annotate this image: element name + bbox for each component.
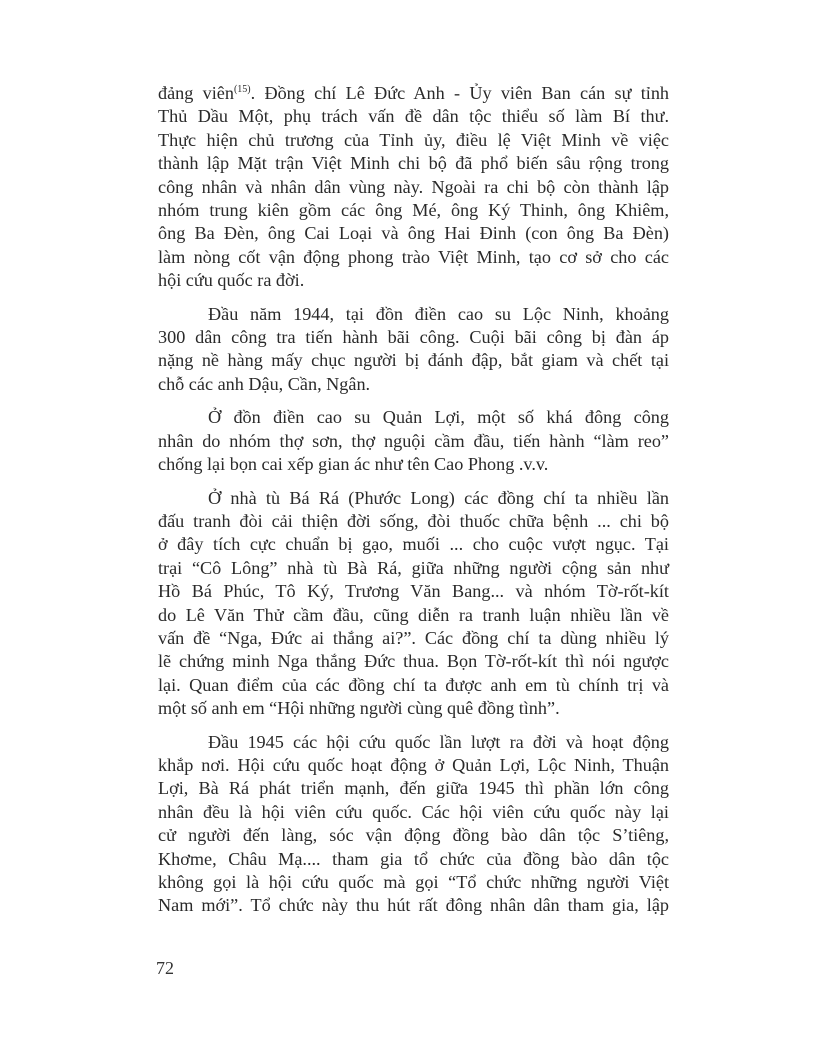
footnote-reference[interactable]: (15) [234, 84, 251, 95]
text-line: một số anh em “Hội những người cùng quê … [158, 697, 669, 720]
text-line: hội cứu quốc ra đời. [158, 269, 669, 292]
text-line: chỗ các anh Dậu, Cần, Ngân. [158, 373, 669, 396]
text-line: 300 dân công tra tiến hành bãi công. Cuộ… [158, 326, 669, 349]
text-line: đấu tranh đòi cải thiện đời sống, đòi th… [158, 510, 669, 533]
text-line: nặng nề hàng mấy chục người bị đánh đập,… [158, 349, 669, 372]
text-line: trại “Cô Lông” nhà tù Bà Rá, giữa những … [158, 557, 669, 580]
text-line: Nam mới”. Tổ chức này thu hút rất đông n… [158, 894, 669, 917]
document-body: đảng viên(15). Đồng chí Lê Đức Anh - Ủy … [158, 82, 669, 928]
text-line: vấn đề “Nga, Đức ai thắng ai?”. Các đồng… [158, 627, 669, 650]
page-number: 72 [156, 958, 174, 979]
text-line: Khơme, Châu Mạ.... tham gia tổ chức của … [158, 848, 669, 871]
text-line: Ở đồn điền cao su Quản Lợi, một số khá đ… [158, 406, 669, 429]
text-line: Thực hiện chủ trương của Tỉnh ủy, điều l… [158, 129, 669, 152]
text-line: ông Ba Đèn, ông Cai Loại và ông Hai Đinh… [158, 222, 669, 245]
paragraph: Đầu năm 1944, tại đồn điền cao su Lộc Ni… [158, 303, 669, 397]
text-line: Hồ Bá Phúc, Tô Ký, Trương Văn Bang... và… [158, 580, 669, 603]
text-line: thành lập Mặt trận Việt Minh chi bộ đã p… [158, 152, 669, 175]
text-line: lại. Quan điểm của các đồng chí ta được … [158, 674, 669, 697]
text-line: Đầu năm 1944, tại đồn điền cao su Lộc Ni… [158, 303, 669, 326]
text-line: Thủ Dầu Một, phụ trách vấn đề dân tộc th… [158, 105, 669, 128]
paragraph: Ở đồn điền cao su Quản Lợi, một số khá đ… [158, 406, 669, 476]
text-line: Lợi, Bà Rá phát triển mạnh, đến giữa 194… [158, 777, 669, 800]
text-line: nhóm trung kiên gồm các ông Mé, ông Ký T… [158, 199, 669, 222]
text-line: Ở nhà tù Bá Rá (Phước Long) các đồng chí… [158, 487, 669, 510]
text-line: lẽ chứng minh Nga thắng Đức thua. Bọn Tờ… [158, 650, 669, 673]
text-line: công nhân và nhân dân vùng này. Ngoài ra… [158, 176, 669, 199]
text-line: khắp nơi. Hội cứu quốc hoạt động ở Quản … [158, 754, 669, 777]
text-line: nhân do nhóm thợ sơn, thợ nguội cầm đầu,… [158, 430, 669, 453]
text-line: do Lê Văn Thử cầm đầu, cũng diễn ra tran… [158, 604, 669, 627]
text-line: chống lại bọn cai xếp gian ác như tên Ca… [158, 453, 669, 476]
text-line: cử người đến làng, sóc vận động đồng bào… [158, 824, 669, 847]
text-line: không gọi là hội cứu quốc mà gọi “Tổ chứ… [158, 871, 669, 894]
paragraph: Ở nhà tù Bá Rá (Phước Long) các đồng chí… [158, 487, 669, 721]
text-line: đảng viên(15). Đồng chí Lê Đức Anh - Ủy … [158, 82, 669, 105]
text-line: nhân đều là hội viên cứu quốc. Các hội v… [158, 801, 669, 824]
paragraph: đảng viên(15). Đồng chí Lê Đức Anh - Ủy … [158, 82, 669, 293]
text-line: ở đây tích cực chuẩn bị gạo, muối ... ch… [158, 533, 669, 556]
text-line: Đầu 1945 các hội cứu quốc lần lượt ra đờ… [158, 731, 669, 754]
paragraph: Đầu 1945 các hội cứu quốc lần lượt ra đờ… [158, 731, 669, 918]
text-line: làm nòng cốt vận động phong trào Việt Mi… [158, 246, 669, 269]
